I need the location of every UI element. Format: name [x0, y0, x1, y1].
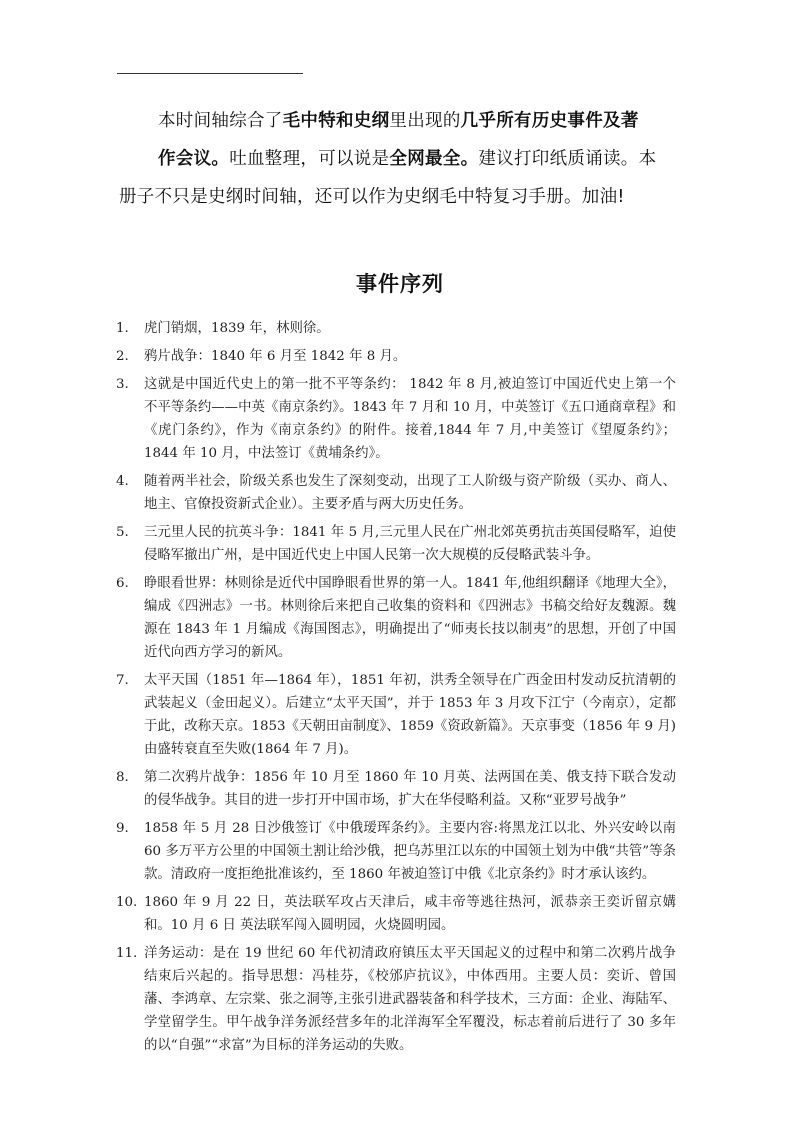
event-text: 1858 年 5 月 28 日沙俄签订《中俄瑷珲条约》。主要内容:将黑龙江以北、… [144, 817, 676, 886]
event-item: 4.随着两半社会，阶级关系也发生了深刻变动，出现了工人阶级与资产阶级（买办、商人… [116, 470, 676, 516]
event-text: 睁眼看世界：林则徐是近代中国睁眼看世界的第一人。1841 年,他组织翻译《地理大… [144, 572, 676, 664]
intro-emphasis: 毛中特和史纲 [283, 111, 390, 131]
event-text: 鸦片战争：1840 年 6 月至 1842 年 8 月。 [144, 345, 676, 368]
event-number: 8. [116, 766, 144, 812]
event-number: 6. [116, 572, 144, 664]
event-number: 7. [116, 669, 144, 761]
intro-emphasis: 作会议。 [158, 149, 229, 169]
event-text: 太平天国（1851 年—1864 年），1851 年初，洪秀全领导在广西金田村发… [144, 669, 676, 761]
event-text: 第二次鸦片战争：1856 年 10 月至 1860 年 10 月英、法两国在美、… [144, 766, 676, 812]
event-number: 10. [116, 891, 144, 937]
event-number: 3. [116, 373, 144, 465]
event-number: 11. [116, 942, 144, 1057]
intro-text: 建议打印纸质诵读。本 [478, 149, 656, 169]
event-item: 11.洋务运动：是在 19 世纪 60 年代初清政府镇压太平天国起义的过程中和第… [116, 942, 676, 1057]
event-text: 三元里人民的抗英斗争：1841 年 5 月,三元里人民在广州北郊英勇抗击英国侵略… [144, 521, 676, 567]
intro-line-2: 作会议。吐血整理，可以说是全网最全。建议打印纸质诵读。本 [119, 140, 679, 178]
event-item: 9.1858 年 5 月 28 日沙俄签订《中俄瑷珲条约》。主要内容:将黑龙江以… [116, 817, 676, 886]
event-text: 随着两半社会，阶级关系也发生了深刻变动，出现了工人阶级与资产阶级（买办、商人、地… [144, 470, 676, 516]
intro-emphasis: 几乎所有历史事件及著 [461, 111, 639, 131]
event-list: 1.虎门销烟，1839 年，林则徐。 2.鸦片战争：1840 年 6 月至 18… [116, 317, 676, 1062]
event-item: 7.太平天国（1851 年—1864 年），1851 年初，洪秀全领导在广西金田… [116, 669, 676, 761]
event-text: 虎门销烟，1839 年，林则徐。 [144, 317, 676, 340]
event-text: 1860 年 9 月 22 日，英法联军攻占天津后，咸丰帝等逃往热河，派恭亲王奕… [144, 891, 676, 937]
event-number: 9. [116, 817, 144, 886]
event-item: 8.第二次鸦片战争：1856 年 10 月至 1860 年 10 月英、法两国在… [116, 766, 676, 812]
intro-text: 吐血整理，可以说是 [229, 149, 389, 169]
event-number: 1. [116, 317, 144, 340]
event-text: 这就是中国近代史上的第一批不平等条约： 1842 年 8 月,被迫签订中国近代史… [144, 373, 676, 465]
event-item: 6.睁眼看世界：林则徐是近代中国睁眼看世界的第一人。1841 年,他组织翻译《地… [116, 572, 676, 664]
event-item: 3.这就是中国近代史上的第一批不平等条约： 1842 年 8 月,被迫签订中国近… [116, 373, 676, 465]
intro-line-1: 本时间轴综合了毛中特和史纲里出现的几乎所有历史事件及著 [119, 102, 679, 140]
event-item: 2.鸦片战争：1840 年 6 月至 1842 年 8 月。 [116, 345, 676, 368]
intro-text: 本时间轴综合了 [158, 111, 283, 131]
event-number: 4. [116, 470, 144, 516]
event-number: 2. [116, 345, 144, 368]
event-item: 1.虎门销烟，1839 年，林则徐。 [116, 317, 676, 340]
section-heading: 事件序列 [0, 268, 800, 298]
event-text: 洋务运动：是在 19 世纪 60 年代初清政府镇压太平天国起义的过程中和第二次鸦… [144, 942, 676, 1057]
top-divider [117, 73, 303, 74]
intro-emphasis: 全网最全。 [389, 149, 478, 169]
event-item: 5.三元里人民的抗英斗争：1841 年 5 月,三元里人民在广州北郊英勇抗击英国… [116, 521, 676, 567]
intro-line-3: 册子不只是史纲时间轴，还可以作为史纲毛中特复习手册。加油! [119, 178, 679, 216]
event-number: 5. [116, 521, 144, 567]
event-item: 10.1860 年 9 月 22 日，英法联军攻占天津后，咸丰帝等逃往热河，派恭… [116, 891, 676, 937]
intro-paragraph: 本时间轴综合了毛中特和史纲里出现的几乎所有历史事件及著 作会议。吐血整理，可以说… [119, 102, 679, 216]
intro-text: 册子不只是史纲时间轴，还可以作为史纲毛中特复习手册。加油! [119, 187, 625, 207]
intro-text: 里出现的 [389, 111, 460, 131]
